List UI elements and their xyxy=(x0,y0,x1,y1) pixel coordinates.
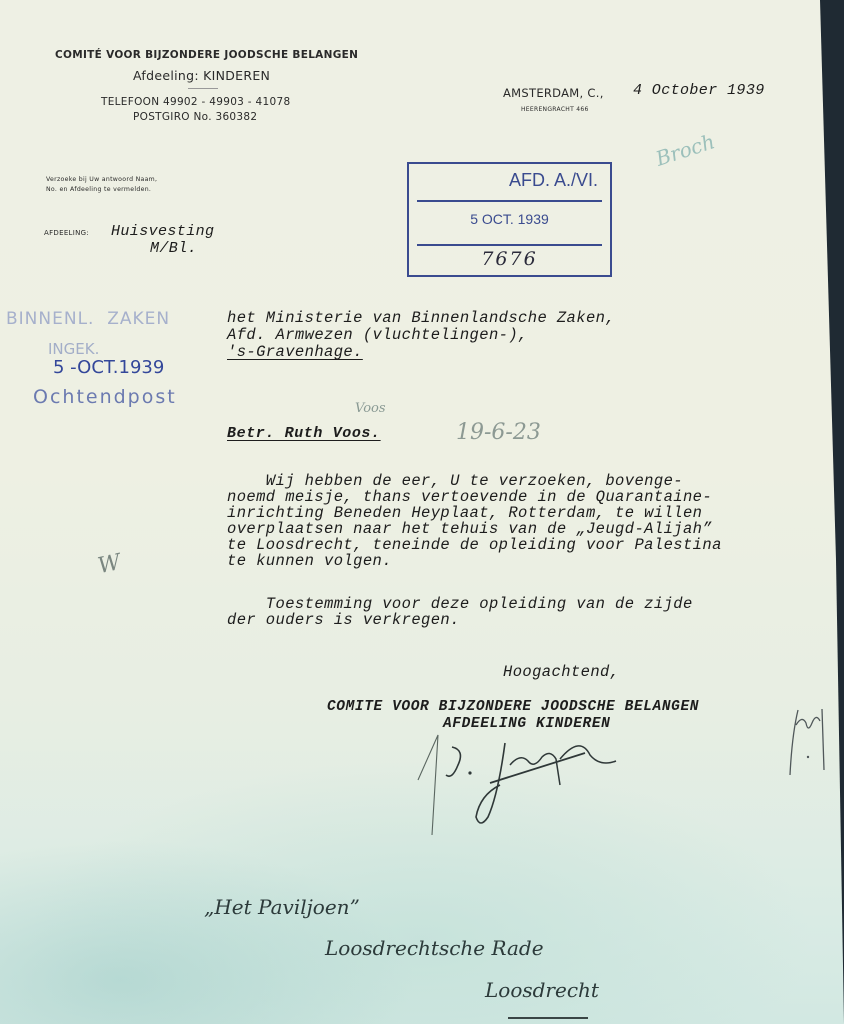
ministry-stamp-date: 5 -OCT.1939 xyxy=(53,357,164,378)
pencil-margin-mark: W xyxy=(96,550,123,579)
stamp-divider-2 xyxy=(417,244,602,246)
addressee-line1: het Ministerie van Binnenlandsche Zaken, xyxy=(227,309,615,327)
ministry-stamp-line4: Ochtendpost xyxy=(33,386,177,408)
ministry-stamp-line2: INGEK. xyxy=(48,340,99,358)
pencil-birthdate: 19-6-23 xyxy=(456,420,541,445)
reply-note-line1: Verzoeke bij Uw antwoord Naam, xyxy=(46,176,157,183)
place-city: AMSTERDAM, C., xyxy=(503,86,604,100)
letterhead-org: COMITÉ VOOR BIJZONDERE JOODSCHE BELANGEN xyxy=(55,49,358,61)
addressee-line3: 's-Gravenhage. xyxy=(227,343,363,361)
addressee-line2: Afd. Armwezen (vluchtelingen-), xyxy=(227,326,528,344)
pencil-surname: Voos xyxy=(355,401,386,416)
body-p1-line6: te kunnen volgen. xyxy=(227,552,392,570)
closing-org: COMITE VOOR BIJZONDERE JOODSCHE BELANGEN xyxy=(327,699,699,715)
letter-date: 4 October 1939 xyxy=(633,82,765,99)
letterhead-phone: TELEFOON 49902 - 49903 - 41078 xyxy=(101,96,290,108)
initials-mark xyxy=(788,705,828,775)
letterhead-postgiro: POSTGIRO No. 360382 xyxy=(133,111,257,123)
letterhead-department: Afdeeling: KINDEREN xyxy=(133,68,270,83)
letterhead-divider xyxy=(188,88,218,89)
signature xyxy=(410,725,630,845)
reply-note-line2: No. en Afdeeling te vermelden. xyxy=(46,186,151,193)
closing-salutation: Hoogachtend, xyxy=(503,663,619,681)
pencil-note-top: Broch xyxy=(653,129,718,170)
stamp-date: 5 OCT. 1939 xyxy=(409,211,610,227)
letter-page: COMITÉ VOOR BIJZONDERE JOODSCHE BELANGEN… xyxy=(0,0,844,1024)
department-value: Huisvesting xyxy=(111,223,214,240)
received-stamp: AFD. A./VI. 5 OCT. 1939 7676 xyxy=(407,162,612,277)
handwritten-underline xyxy=(508,1017,588,1019)
ministry-stamp-line1: BINNENL. ZAKEN xyxy=(6,309,170,329)
stamp-department: AFD. A./VI. xyxy=(409,170,610,191)
department-code: M/Bl. xyxy=(150,240,197,257)
stamp-divider-1 xyxy=(417,200,602,202)
handwritten-address-line1: „Het Paviljoen” xyxy=(204,895,360,919)
handwritten-address-line2: Loosdrechtsche Rade xyxy=(325,936,544,960)
place-street: HEERENGRACHT 466 xyxy=(521,106,589,113)
handwritten-address-line3: Loosdrecht xyxy=(485,978,599,1002)
department-label: AFDEELING: xyxy=(44,229,89,237)
subject-line: Betr. Ruth Voos. xyxy=(227,425,381,442)
body-p2-line2: der ouders is verkregen. xyxy=(227,611,460,629)
stamp-number: 7676 xyxy=(409,248,610,270)
